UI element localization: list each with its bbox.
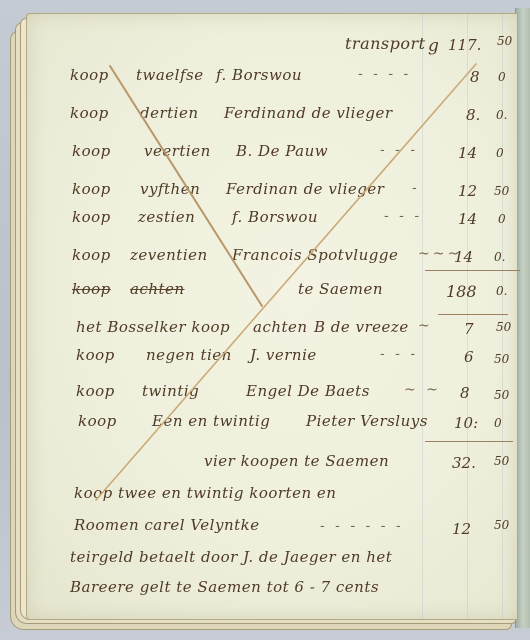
entry-name: Pieter Versluys [306, 412, 428, 430]
total-rule [438, 314, 508, 315]
entry-cents: 0 [498, 70, 506, 84]
subtotal-amount: 32. [452, 454, 476, 472]
entry-cents: 50 [496, 320, 511, 334]
entry-cents: 0 [496, 146, 504, 160]
entry-number: achten [130, 280, 185, 298]
entry-name: B de vreeze [314, 318, 409, 336]
currency-symbol: g [428, 36, 439, 56]
entry-number: twintig [142, 382, 199, 400]
entry-leader: - - - [384, 208, 422, 224]
entry-cents: 50 [494, 352, 509, 366]
entry-name: Ferdinand de vlieger [224, 104, 393, 122]
entry-leader: ~ ~ [404, 382, 441, 398]
entry-name: Engel De Baets [246, 382, 370, 400]
entry-koop: koop [72, 280, 111, 298]
entry-cents: 0 [494, 416, 502, 430]
entry-amount: 12 [452, 520, 471, 538]
entry-koop: koop [72, 142, 111, 160]
entry-amount: 188 [446, 282, 477, 301]
entry-amount: 12 [458, 182, 477, 200]
entry-amount: 14 [454, 248, 473, 266]
entry-name: B. De Pauw [236, 142, 328, 160]
entry-name: f. Borswou [232, 208, 318, 226]
column-rule [422, 14, 423, 619]
entry-name: te Saemen [298, 280, 383, 298]
subtotal-rule [425, 441, 513, 442]
entry-line1: koop twee en twintig koorten en [74, 484, 336, 502]
entry-leader: ~ [418, 318, 433, 334]
entry-number: twaelfse [136, 66, 204, 84]
entry-amount: 14 [458, 210, 477, 228]
entry-line2: Roomen carel Velyntke [74, 516, 260, 534]
entry-koop: koop [72, 208, 111, 226]
entry-koop: koop [70, 66, 109, 84]
transport-amount: 117. [448, 36, 481, 54]
entry-leader: - - - [380, 346, 418, 362]
entry-koop: koop [76, 346, 115, 364]
entry-koop: koop [78, 412, 117, 430]
entry-amount: 8 [470, 68, 480, 86]
note-line2: Bareere gelt te Saemen tot 6 - 7 cents [70, 578, 379, 596]
entry-number: Een en twintig [152, 412, 270, 430]
entry-leader: - - - [380, 142, 418, 158]
ledger-book: transport g 117. 50 koop twaelfse f. Bor… [0, 0, 530, 640]
entry-amount: 14 [458, 144, 477, 162]
entry-leader: - - - - - - [320, 518, 404, 534]
entry-amount: 10: [454, 414, 478, 432]
entry-number: achten [253, 318, 308, 336]
entry-cents: 50 [494, 388, 509, 402]
entry-cents: 50 [494, 184, 509, 198]
entry-cents: 0 [498, 212, 506, 226]
subtotal-label: vier koopen te Saemen [204, 452, 389, 470]
entry-koop: koop [70, 104, 109, 122]
entry-number: zestien [138, 208, 195, 226]
total-rule [425, 270, 520, 271]
entry-name: J. vernie [250, 346, 317, 364]
entry-amount: 6 [464, 348, 474, 366]
entry-number: zeventien [130, 246, 208, 264]
entry-cents: 0. [496, 284, 507, 298]
entry-name: Francois Spotvlugge [232, 246, 398, 264]
entry-koop: koop [72, 246, 111, 264]
entry-name: Ferdinan de vlieger [226, 180, 384, 198]
entry-amount: 7 [464, 320, 474, 338]
subtotal-cents: 50 [494, 454, 509, 468]
entry-number: dertien [140, 104, 199, 122]
entry-koop: het Bosselker koop [76, 318, 230, 336]
entry-amount: 8. [466, 106, 480, 124]
note-line1: teirgeld betaelt door J. de Jaeger en he… [70, 548, 392, 566]
entry-cents: 50 [494, 518, 509, 532]
entry-cents: 0. [496, 108, 507, 122]
transport-cents: 50 [497, 34, 512, 48]
entry-name: f. Borswou [216, 66, 302, 84]
entry-number: vyfthen [140, 180, 200, 198]
entry-number: negen tien [146, 346, 232, 364]
entry-koop: koop [76, 382, 115, 400]
entry-koop: koop [72, 180, 111, 198]
entry-number: veertien [144, 142, 211, 160]
entry-amount: 8 [460, 384, 470, 402]
entry-leader: - [412, 180, 420, 196]
entry-leader: - - - - [358, 66, 411, 82]
entry-cents: 0. [494, 250, 505, 264]
transport-label: transport [345, 34, 426, 53]
